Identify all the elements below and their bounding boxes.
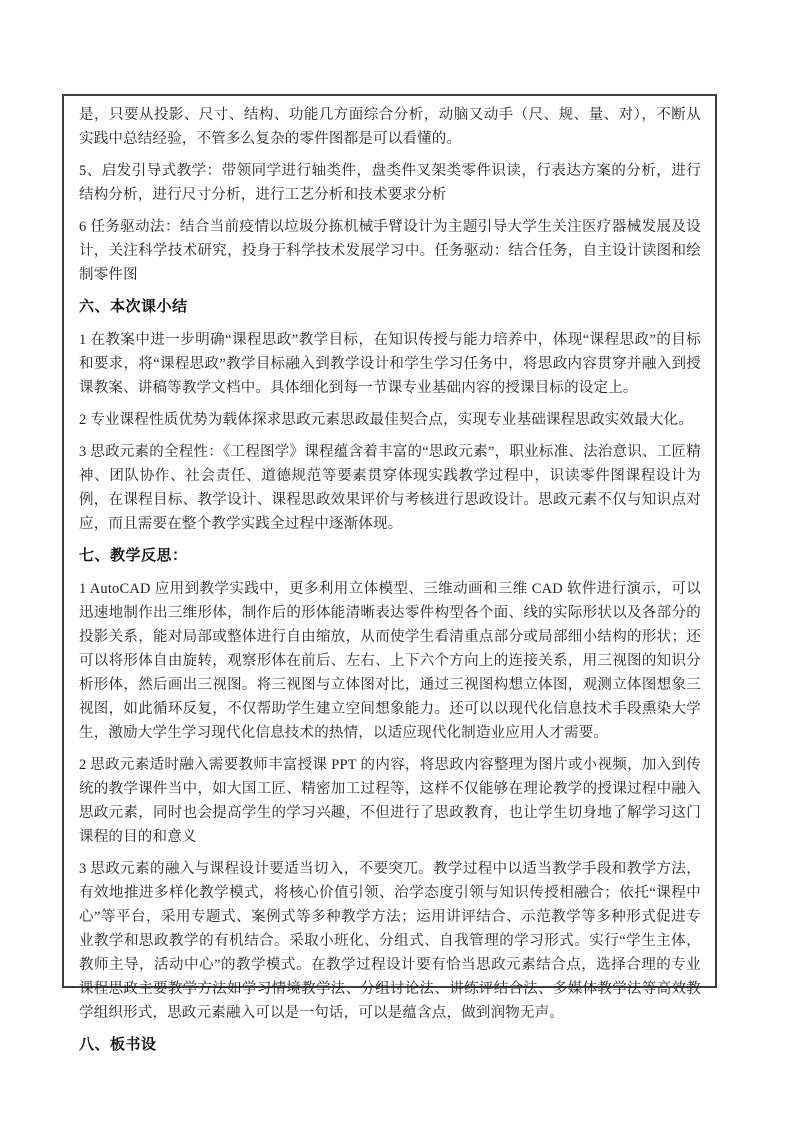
paragraph-method-6: 6 任务驱动法：结合当前疫情以垃圾分拣机械手臂设计为主题引导大学生关注医疗器械发… bbox=[79, 215, 701, 287]
section-heading-6-lesson-summary: 六、本次课小结 bbox=[79, 295, 701, 319]
paragraph-summary-1: 1 在教案中进一步明确“课程思政”教学目标，在知识传授与能力培养中，体现“课程思… bbox=[79, 328, 701, 400]
document-table-border: 是，只要从投影、尺寸、结构、功能几方面综合分析，动脑又动手（尺、规、量、对），不… bbox=[62, 94, 717, 988]
paragraph-method-5: 5、启发引导式教学：带领同学进行轴类件，盘类件叉架类零件识读，行表达方案的分析，… bbox=[79, 159, 701, 207]
section-heading-7-teaching-reflection: 七、教学反思： bbox=[79, 544, 701, 568]
paragraph-summary-3: 3 思政元素的全程性：《工程图学》课程蕴含着丰富的“思政元素”，职业标准、法治意… bbox=[79, 440, 701, 536]
section-heading-8-board-design: 八、板书设 bbox=[79, 1033, 701, 1057]
paragraph-reflection-2: 2 思政元素适时融入需要教师丰富授课 PPT 的内容，将思政内容整理为图片或小视… bbox=[79, 753, 701, 849]
paragraph-reflection-3: 3 思政元素的融入与课程设计要适当切入，不要突兀。教学过程中以适当教学手段和教学… bbox=[79, 857, 701, 1025]
paragraph-reflection-1: 1 AutoCAD 应用到教学实践中，更多利用立体模型、三维动画和三维 CAD … bbox=[79, 577, 701, 745]
document-page: 是，只要从投影、尺寸、结构、功能几方面综合分析，动脑又动手（尺、规、量、对），不… bbox=[0, 0, 794, 1123]
paragraph-summary-2: 2 专业课程性质优势为载体探求思政元素思政最佳契合点，实现专业基础课程思政实效最… bbox=[79, 408, 701, 432]
paragraph-continuation: 是，只要从投影、尺寸、结构、功能几方面综合分析，动脑又动手（尺、规、量、对），不… bbox=[79, 103, 701, 151]
